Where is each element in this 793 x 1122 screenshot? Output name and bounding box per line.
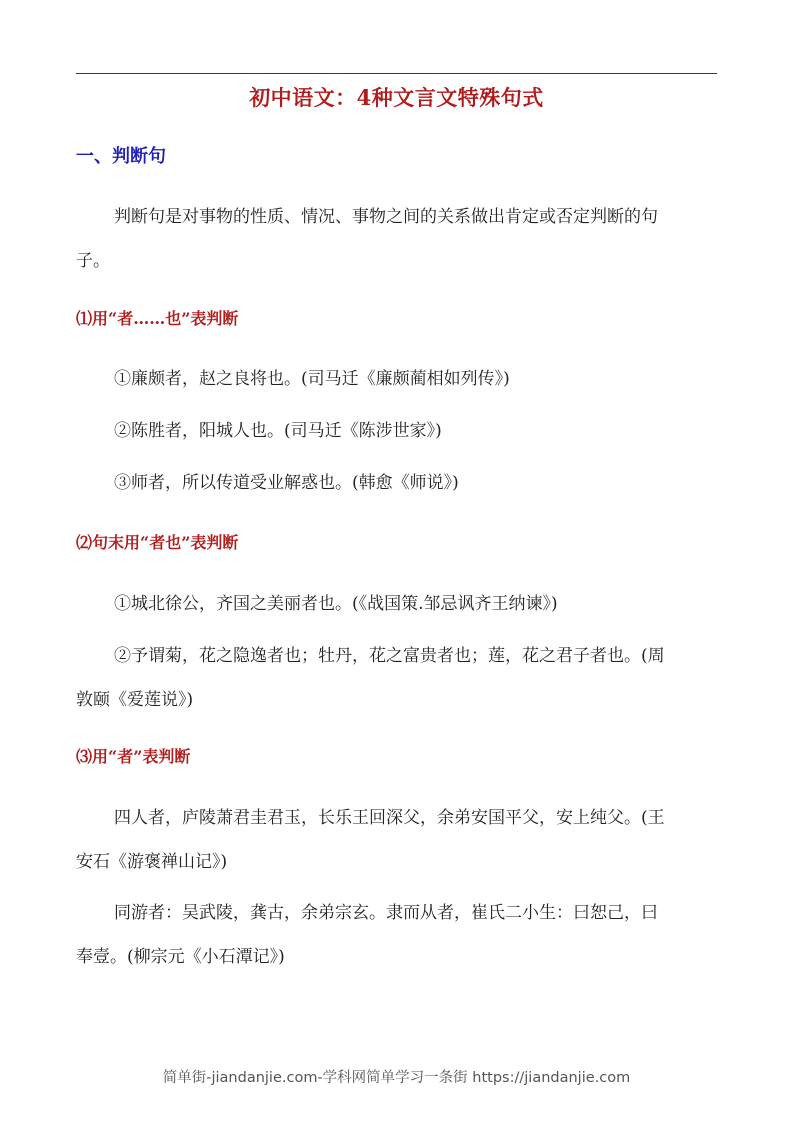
- sub-heading-1: ⑴用“者……也”表判断: [76, 307, 238, 331]
- example-3-2-line-1: 同游者：吴武陵，龚古，余弟宗玄。隶而从者，崔氏二小生：曰恕己，曰: [76, 900, 718, 926]
- document-title: 初中语文：4种文言文特殊句式: [0, 84, 793, 112]
- example-1-3: ③师者，所以传道受业解惑也。(韩愈《师说》): [114, 470, 459, 496]
- example-2-2-line-1: ②予谓菊，花之隐逸者也；牡丹，花之富贵者也；莲，花之君子者也。(周: [76, 643, 718, 669]
- section-heading-judgment-sentence: 一、判断句: [76, 144, 166, 170]
- example-2-2: ②予谓菊，花之隐逸者也；牡丹，花之富贵者也；莲，花之君子者也。(周 敦颐《爱莲说…: [76, 643, 718, 713]
- sub-heading-3: ⑶用“者”表判断: [76, 745, 190, 769]
- intro-line-1: 判断句是对事物的性质、情况、事物之间的关系做出肯定或否定判断的句: [76, 204, 718, 230]
- example-3-2-line-2: 奉壹。(柳宗元《小石潭记》): [76, 944, 718, 970]
- example-3-1: 四人者，庐陵萧君圭君玉，长乐王回深父，余弟安国平父，安上纯父。(王 安石《游褒禅…: [76, 805, 718, 875]
- example-2-1: ①城北徐公，齐国之美丽者也。(《战国策.邹忌讽齐王纳谏》): [114, 591, 558, 617]
- document-page: 初中语文：4种文言文特殊句式 一、判断句 判断句是对事物的性质、情况、事物之间的…: [0, 0, 793, 1122]
- example-3-1-line-1: 四人者，庐陵萧君圭君玉，长乐王回深父，余弟安国平父，安上纯父。(王: [76, 805, 718, 831]
- example-3-1-line-2: 安石《游褒禅山记》): [76, 849, 718, 875]
- sub-heading-2: ⑵句末用“者也”表判断: [76, 531, 238, 555]
- example-1-1: ①廉颇者，赵之良将也。(司马迁《廉颇蔺相如列传》): [114, 366, 510, 392]
- intro-paragraph: 判断句是对事物的性质、情况、事物之间的关系做出肯定或否定判断的句 子。: [76, 204, 718, 274]
- example-2-2-line-2: 敦颐《爱莲说》): [76, 687, 718, 713]
- footer-watermark: 简单街-jiandanjie.com-学科网简单学习一条街 https://ji…: [0, 1068, 793, 1088]
- header-rule: [76, 73, 717, 74]
- example-1-2: ②陈胜者，阳城人也。(司马迁《陈涉世家》): [114, 418, 442, 444]
- intro-line-2: 子。: [76, 248, 718, 274]
- example-3-2: 同游者：吴武陵，龚古，余弟宗玄。隶而从者，崔氏二小生：曰恕己，曰 奉壹。(柳宗元…: [76, 900, 718, 970]
